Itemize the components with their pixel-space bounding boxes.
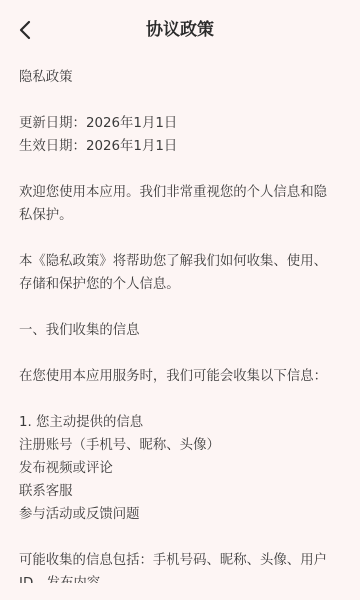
- updated-date: 更新日期：2026年1月1日: [19, 112, 339, 135]
- intro-paragraph-1: 欢迎您使用本应用。我们非常重视您的个人信息和隐私保护。: [19, 181, 339, 227]
- list-item: 发布视频或评论: [19, 457, 339, 480]
- policy-content[interactable]: 隐私政策 更新日期：2026年1月1日 生效日期：2026年1月1日 欢迎您使用…: [19, 66, 339, 583]
- intro-paragraph-2: 本《隐私政策》将帮助您了解我们如何收集、使用、存储和保护您的个人信息。: [19, 250, 339, 296]
- top-bar: 协议政策: [0, 0, 360, 60]
- collected-info-paragraph: 可能收集的信息包括：手机号码、昵称、头像、用户ID、发布内容: [19, 549, 339, 583]
- list-item: 注册账号（手机号、昵称、头像）: [19, 434, 339, 457]
- effective-date: 生效日期：2026年1月1日: [19, 135, 339, 158]
- list-item: 参与活动或反馈问题: [19, 503, 339, 526]
- document-heading: 隐私政策: [19, 66, 339, 89]
- list-item: 联系客服: [19, 480, 339, 503]
- section-1-lead: 在您使用本应用服务时，我们可能会收集以下信息：: [19, 365, 339, 388]
- bottom-safe-area: [0, 583, 360, 600]
- section-1-title: 一、我们收集的信息: [19, 319, 339, 342]
- subsection-1-title: 1. 您主动提供的信息: [19, 411, 339, 434]
- page-title: 协议政策: [0, 0, 360, 60]
